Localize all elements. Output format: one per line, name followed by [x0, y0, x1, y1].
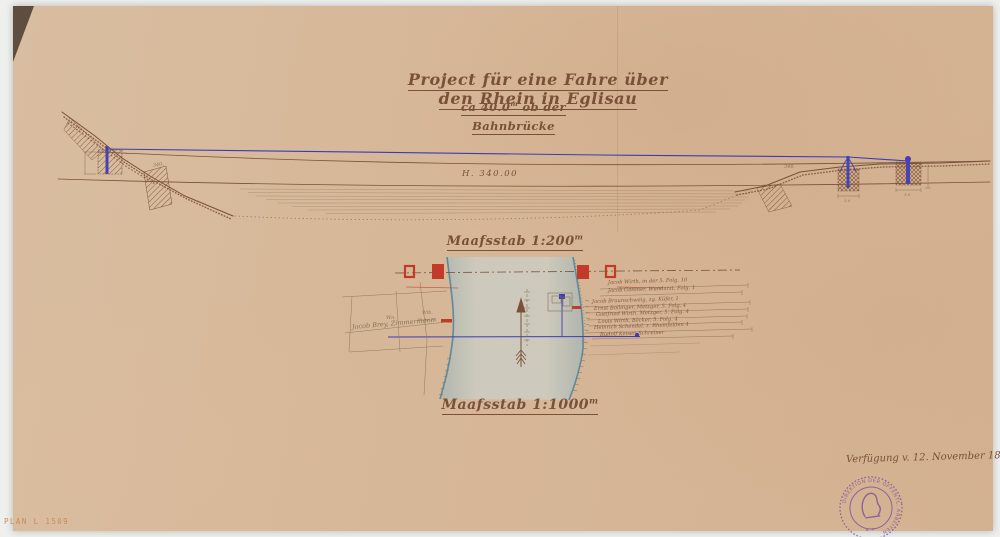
left-anchor-block [98, 150, 122, 174]
ferry-cable-line [107, 149, 848, 157]
scale-lower: Maafsstab 1:1000m [440, 394, 600, 413]
svg-text:✶ ✶: ✶ ✶ [865, 527, 876, 534]
anchor-square-left-inner [432, 264, 444, 279]
water-shading-lines [240, 189, 752, 214]
right-cable-post-1 [847, 156, 850, 188]
water-level-label: H. 340.00 [462, 169, 518, 179]
corner-fold [13, 6, 34, 62]
official-stamp: DIREKTION DER ÖFFENTL. ARBEITEN ✶ ✶ [836, 473, 906, 537]
block-dim-label-2: 3.0 [904, 192, 910, 197]
left-parcel-lines [342, 282, 447, 395]
title-line-2: ca 40.0m ob der Bahnbrücke [461, 100, 566, 135]
left-cable-post [106, 146, 109, 174]
drawing-subtitle: ca 40.0m ob der Bahnbrücke [436, 96, 591, 134]
left-lower-block [144, 166, 172, 210]
stamp-lion-emblem [860, 492, 881, 518]
right-elevation-label: 346. [784, 165, 795, 170]
left-bank-stipple [64, 117, 231, 219]
right-underwater-hatch [757, 184, 792, 212]
red-mark-right-bank [572, 306, 581, 309]
scale-upper: Maafsstab 1:200m [440, 230, 590, 249]
block-dim-label-1: 3.0 [844, 198, 850, 203]
left-bank-slope [62, 112, 233, 216]
scanned-plan: DIREKTION DER ÖFFENTL. ARBEITEN ✶ ✶ Proj… [0, 0, 1000, 537]
plan-view [342, 257, 752, 400]
river-bed-stipple [235, 194, 740, 220]
archive-number: PLAN L 1509 [4, 517, 69, 526]
anchor-square-left-outer [405, 266, 414, 277]
anchor-square-right-inner [577, 265, 589, 279]
